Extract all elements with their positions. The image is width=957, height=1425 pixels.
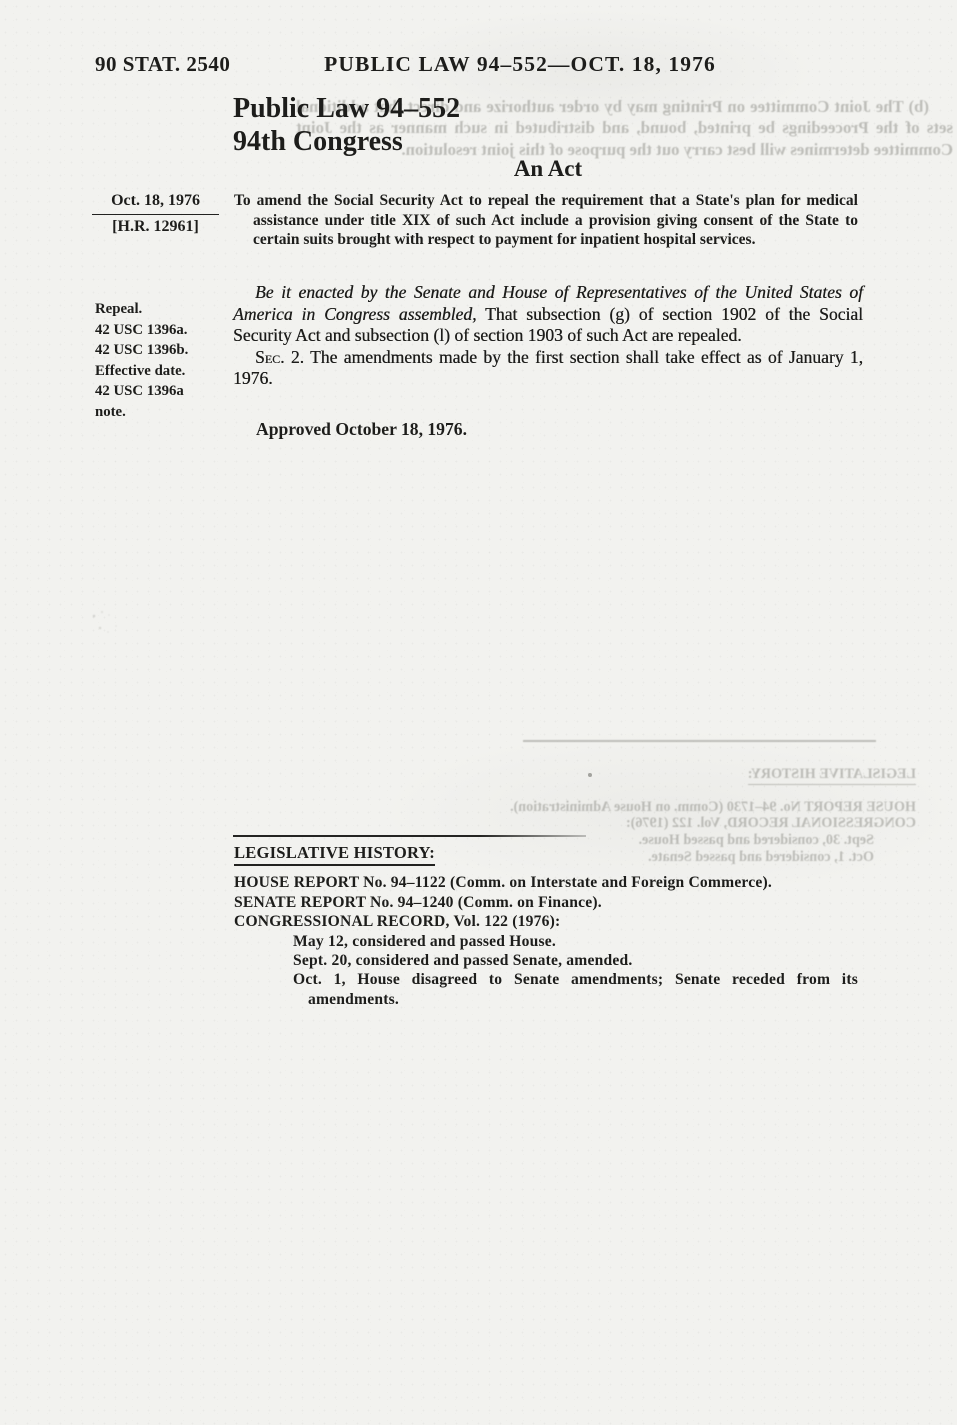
history-record-items: May 12, considered and passed House. Sep…: [234, 932, 858, 1010]
legislative-history-block: LEGISLATIVE HISTORY: HOUSE REPORT No. 94…: [234, 843, 866, 1009]
history-record-item: Sept. 20, considered and passed Senate, …: [293, 951, 858, 970]
bleed-through-history-heading: LEGISLATIVE HISTORY:: [748, 766, 916, 785]
history-senate-report: SENATE REPORT No. 94–1240 (Comm. on Fina…: [234, 893, 866, 912]
sidenote-effective-date: Effective date.: [95, 361, 233, 382]
section-2-text: The amendments made by the first section…: [233, 347, 863, 389]
section-2: Sec. 2. The amendments made by the first…: [233, 347, 863, 390]
approval-line: Approved October 18, 1976.: [256, 419, 467, 440]
statute-body: Be it enacted by the Senate and House of…: [233, 282, 863, 390]
ink-speck: [588, 773, 592, 777]
history-congressional-record: CONGRESSIONAL RECORD, Vol. 122 (1976):: [234, 912, 866, 931]
history-record-item: May 12, considered and passed House.: [293, 932, 858, 951]
sidenote-usc-1396a: 42 USC 1396a.: [95, 320, 233, 341]
sidenote-bill-number: [H.R. 12961]: [92, 217, 219, 237]
running-head: PUBLIC LAW 94–552—OCT. 18, 1976: [290, 52, 750, 77]
sidenote-date: Oct. 18, 1976: [92, 191, 219, 215]
bleed-through-history-line: CONGRESSIONAL RECORD, Vol. 122 (1976):: [388, 815, 916, 832]
sidenote-usc-1396b: 42 USC 1396b.: [95, 340, 233, 361]
sidenote-note: note.: [95, 402, 233, 423]
law-title-block: Public Law 94–552 94th Congress: [233, 92, 460, 158]
enacting-clause: Be it enacted by the Senate and House of…: [233, 282, 863, 347]
pencil-smudge: [86, 606, 132, 640]
sidenote-date-block: Oct. 18, 1976 [H.R. 12961]: [92, 191, 219, 237]
sidenote-usc-1396a-note: 42 USC 1396a: [95, 381, 233, 402]
scanned-statute-page: (b) The Joint Committee on Printing may …: [0, 0, 957, 1425]
bleed-through-history-line: HOUSE REPORT No. 94–1730 (Comm. on House…: [388, 799, 916, 816]
bleed-through-rule: [523, 740, 876, 742]
sidenotes-block: Repeal. 42 USC 1396a. 42 USC 1396b. Effe…: [95, 299, 233, 423]
section-2-label: Sec. 2.: [255, 347, 304, 367]
law-number-title: Public Law 94–552: [233, 92, 460, 125]
legislative-history-heading: LEGISLATIVE HISTORY:: [234, 843, 435, 866]
history-house-report: HOUSE REPORT No. 94–1122 (Comm. on Inter…: [234, 873, 866, 892]
preamble: To amend the Social Security Act to repe…: [234, 191, 858, 250]
stat-page-number: 90 STAT. 2540: [95, 52, 230, 77]
sidenote-repeal: Repeal.: [95, 299, 233, 320]
history-divider-rule: [233, 835, 586, 837]
history-record-item: Oct. 1, House disagreed to Senate amendm…: [293, 970, 858, 1009]
act-heading: An Act: [233, 156, 863, 182]
congress-line: 94th Congress: [233, 125, 460, 158]
